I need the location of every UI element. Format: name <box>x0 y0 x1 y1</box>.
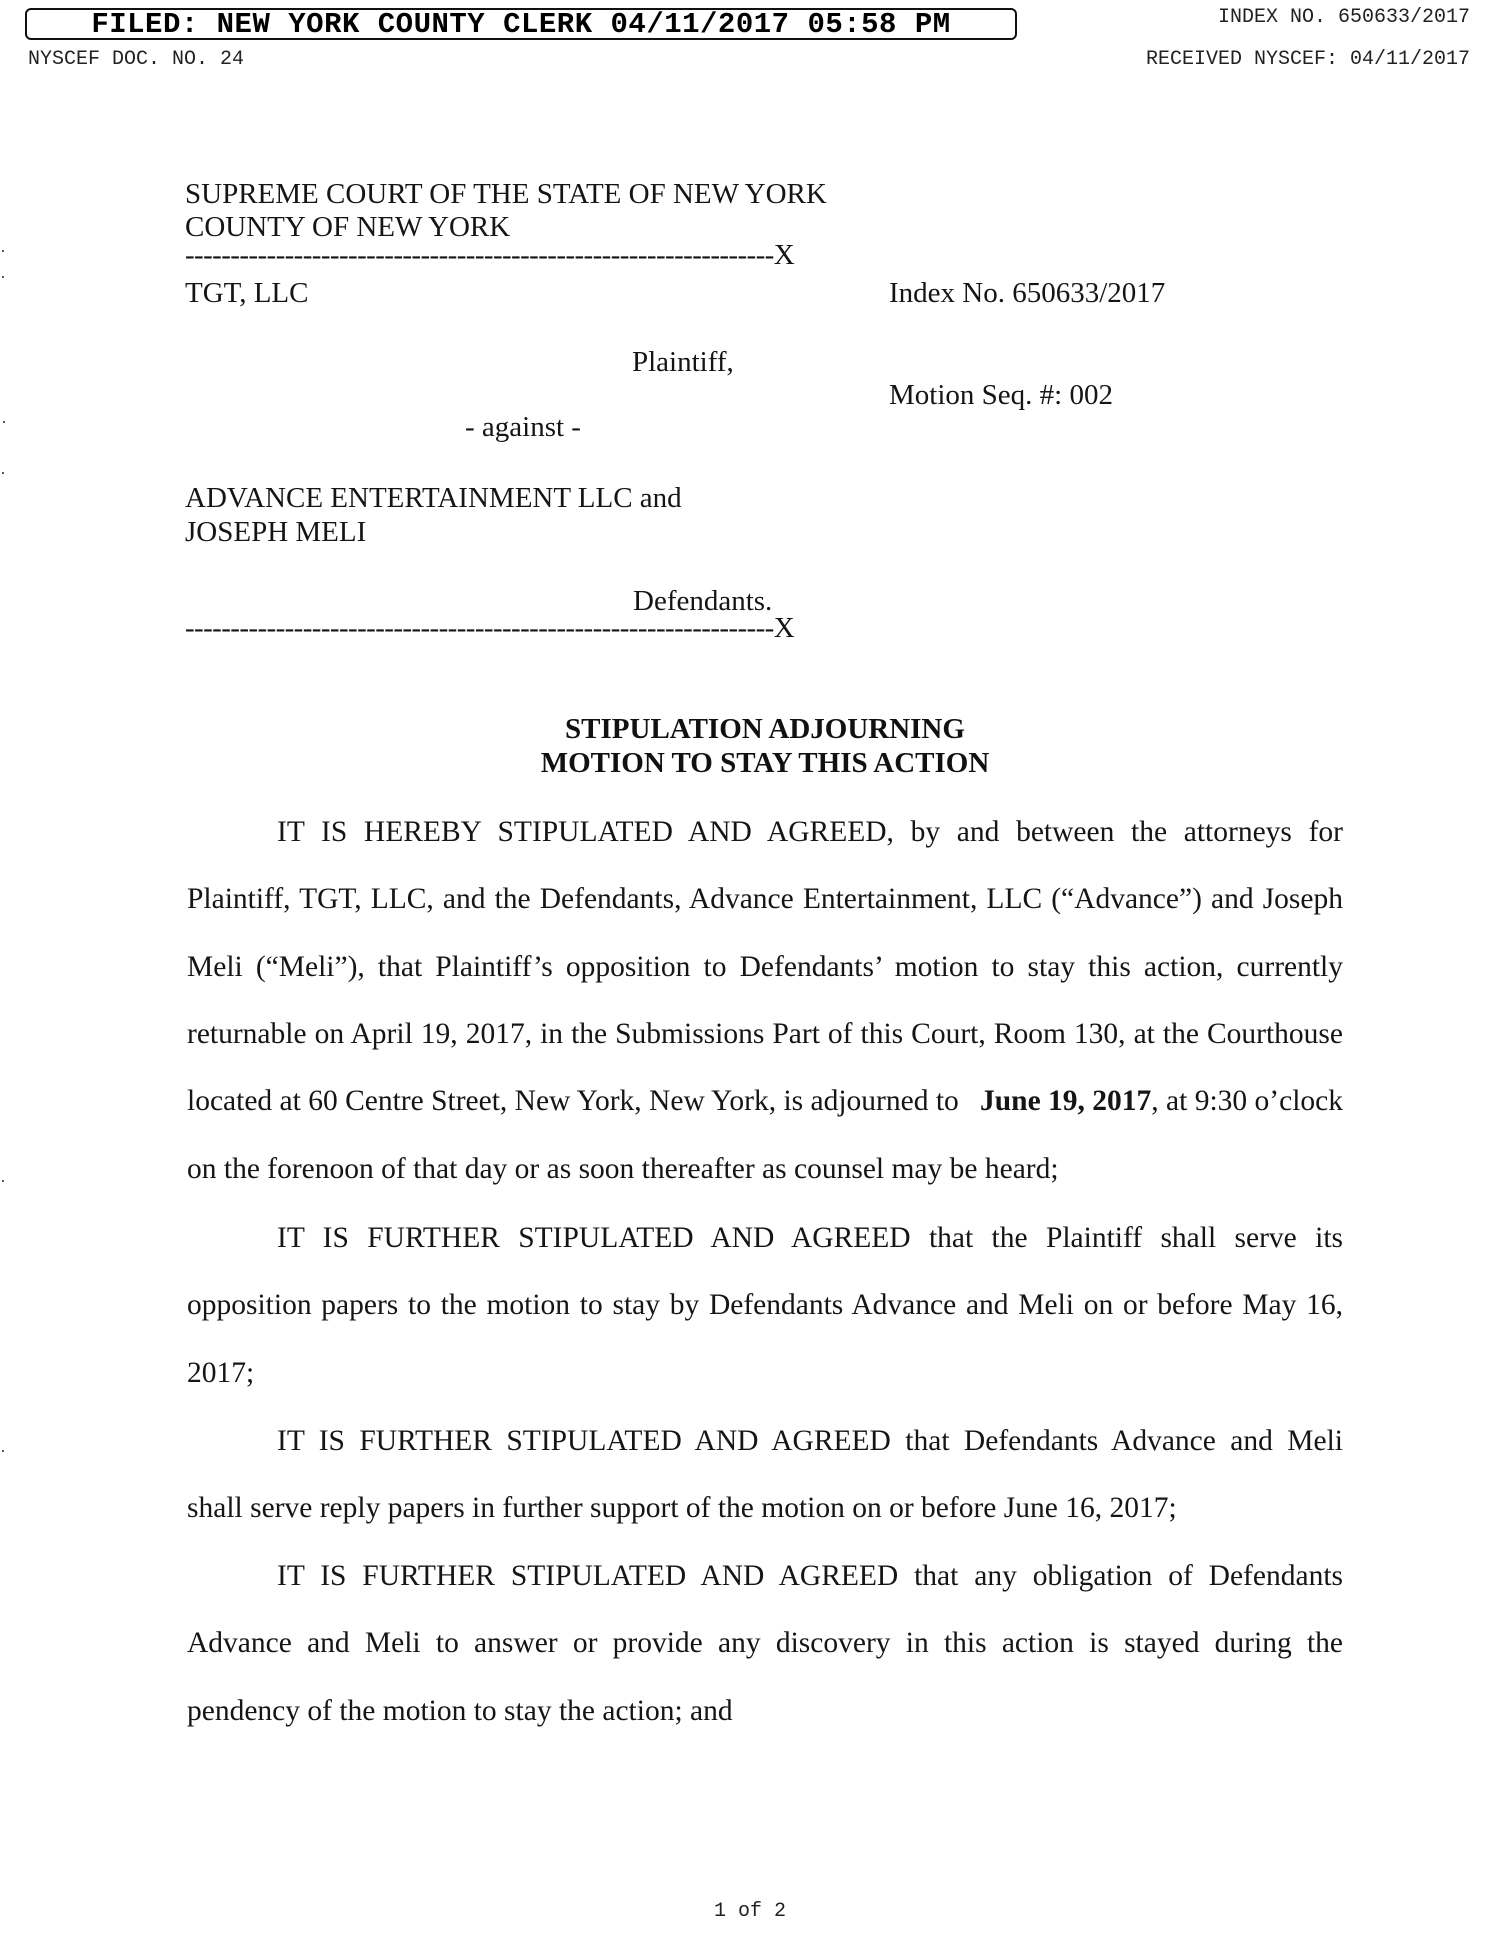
received-date: RECEIVED NYSCEF: 04/11/2017 <box>1146 50 1470 70</box>
paragraph-1-line-3: Meli (“Meli”), that Plaintiff’s oppositi… <box>187 953 1343 983</box>
motion-seq: Motion Seq. #: 002 <box>889 381 1113 410</box>
paragraph-4-line-3: pendency of the motion to stay the actio… <box>187 1697 1343 1727</box>
paragraph-1-line-1: IT IS HEREBY STIPULATED AND AGREED, by a… <box>277 818 1343 848</box>
plaintiff-label: Plaintiff, <box>632 348 734 377</box>
paragraph-1-line-5: located at 60 Centre Street, New York, N… <box>187 1087 1343 1117</box>
paragraph-2-line-3: 2017; <box>187 1359 1343 1389</box>
adjourn-text: located at 60 Centre Street, New York, N… <box>187 1087 966 1117</box>
court-name: SUPREME COURT OF THE STATE OF NEW YORK <box>185 180 827 209</box>
paragraph-4-line-1: IT IS FURTHER STIPULATED AND AGREED that… <box>277 1562 1343 1592</box>
versus-label: - against - <box>465 413 581 442</box>
document-title-line-2: MOTION TO STAY THIS ACTION <box>0 749 1500 778</box>
page-number: 1 of 2 <box>0 1900 1500 1923</box>
caption-index-no: Index No. 650633/2017 <box>889 279 1165 308</box>
paragraph-1-line-6: on the forenoon of that day or as soon t… <box>187 1155 1343 1185</box>
paragraph-2-line-1: IT IS FURTHER STIPULATED AND AGREED that… <box>277 1224 1343 1254</box>
defendant-line-2: JOSEPH MELI <box>185 518 366 547</box>
defendant-line-1: ADVANCE ENTERTAINMENT LLC and <box>185 484 682 513</box>
filed-stamp: FILED: NEW YORK COUNTY CLERK 04/11/2017 … <box>91 10 950 39</box>
paragraph-1-line-2: Plaintiff, TGT, LLC, and the Defendants,… <box>187 885 1343 915</box>
plaintiff-name: TGT, LLC <box>185 279 309 308</box>
filed-stamp-box: FILED: NEW YORK COUNTY CLERK 04/11/2017 … <box>25 8 1017 40</box>
nyscef-doc-no: NYSCEF DOC. NO. 24 <box>28 50 244 70</box>
paragraph-3-line-2: shall serve reply papers in further supp… <box>187 1494 1343 1524</box>
scan-artifact <box>2 250 4 252</box>
header-index-no: INDEX NO. 650633/2017 <box>1218 8 1470 28</box>
adjourned-date: June 19, 2017 <box>980 1087 1151 1117</box>
paragraph-4-line-2: Advance and Meli to answer or provide an… <box>187 1629 1343 1659</box>
scan-artifact <box>2 1180 4 1182</box>
caption-divider-bottom: ----------------------------------------… <box>185 614 794 643</box>
paragraph-3-line-1: IT IS FURTHER STIPULATED AND AGREED that… <box>277 1427 1343 1457</box>
paragraph-2-line-2: opposition papers to the motion to stay … <box>187 1291 1343 1321</box>
scan-artifact <box>2 472 4 474</box>
scan-artifact <box>2 276 4 278</box>
paragraph-1-line-4: returnable on April 19, 2017, in the Sub… <box>187 1020 1343 1050</box>
county-name: COUNTY OF NEW YORK <box>185 213 510 242</box>
adjourn-time: , at 9:30 o’clock <box>1151 1087 1343 1117</box>
scan-artifact <box>3 421 5 423</box>
document-title-line-1: STIPULATION ADJOURNING <box>0 715 1500 744</box>
caption-divider-top: ----------------------------------------… <box>185 241 794 270</box>
scan-artifact <box>2 1450 4 1452</box>
